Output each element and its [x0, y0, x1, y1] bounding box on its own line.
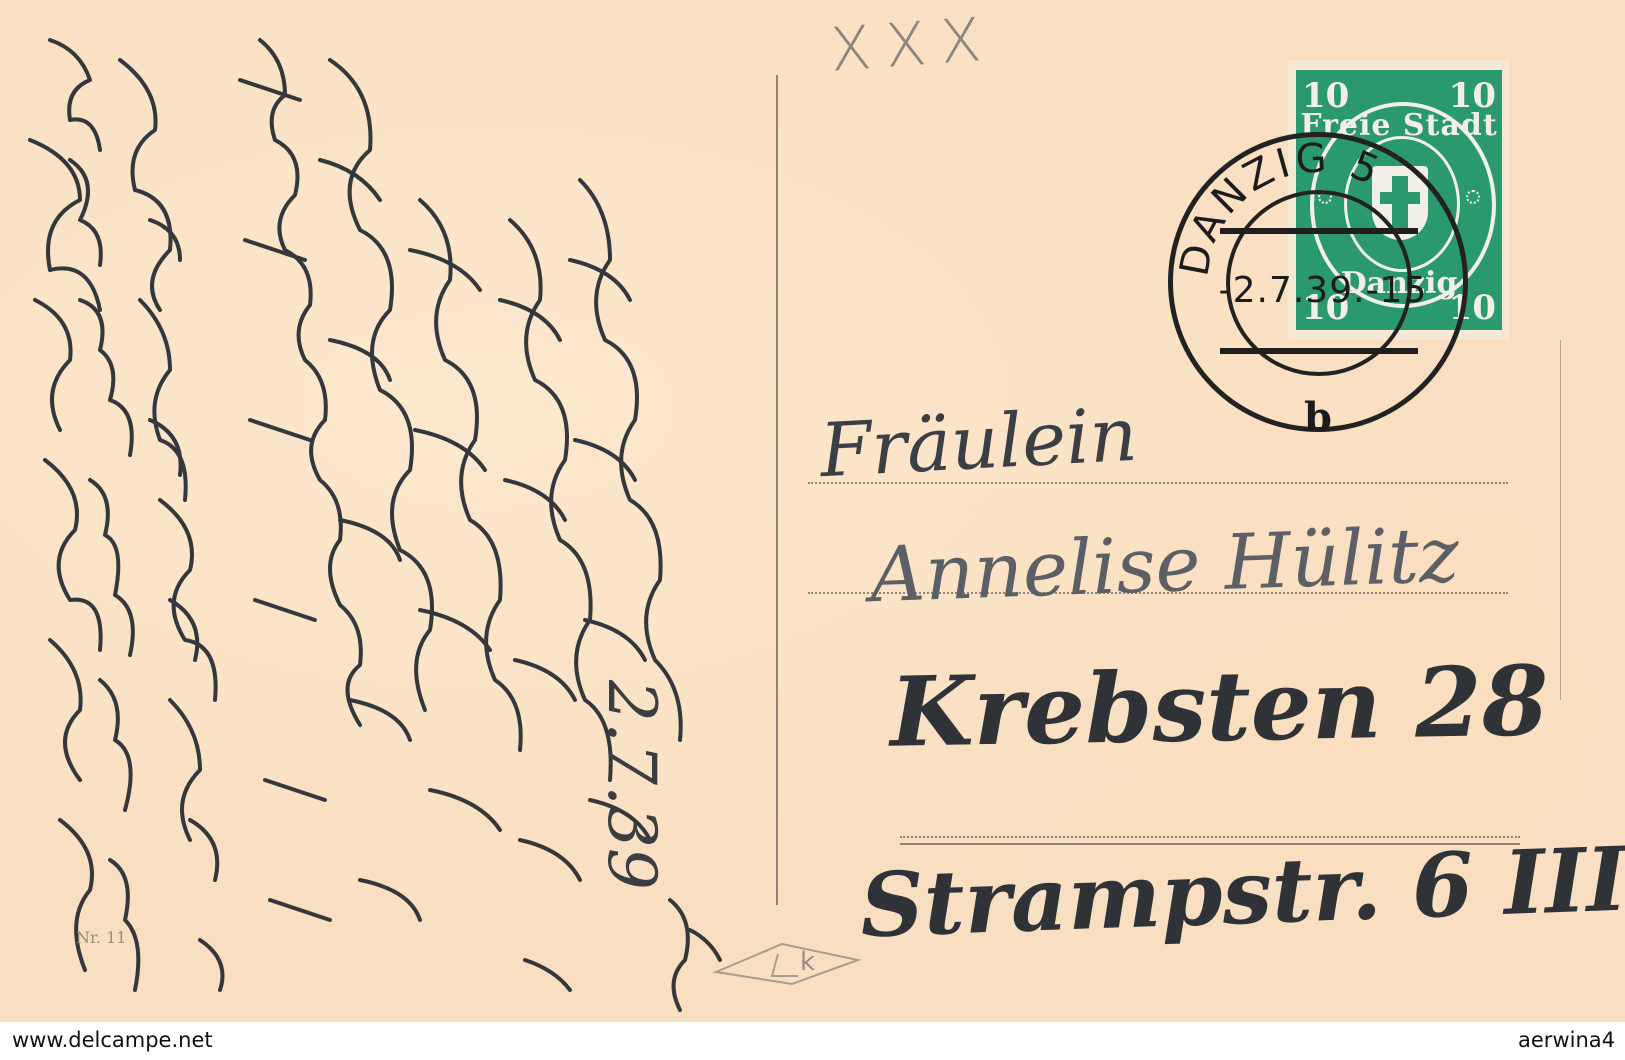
address-salutation: Fräulein — [818, 392, 1139, 494]
postmark-bar-bottom — [1220, 348, 1418, 354]
postmark-bar-top — [1220, 228, 1418, 234]
publisher-logo-icon — [712, 940, 862, 986]
address-right-border — [1560, 340, 1561, 700]
address-street: Strampstr. 6 III — [858, 827, 1625, 958]
watermark-site: www.delcampe.net — [12, 1028, 213, 1052]
postmark-date: -2.7.39.-15 — [1218, 270, 1428, 311]
address-name: Annelise Hülitz — [869, 510, 1461, 619]
message-date: 2.7.39 — [593, 680, 670, 890]
address-city: Krebsten 28 — [889, 644, 1549, 768]
watermark-strip — [0, 1022, 1625, 1060]
postmark-letter: b — [1298, 394, 1338, 441]
printed-card-number: Nr. 11 — [76, 928, 126, 947]
pencil-marks: XXX — [828, 4, 998, 85]
publisher-logo-letter: k — [800, 947, 815, 977]
postmark-cancellation: DANZIG 5 -2.7.39.-15 b — [1168, 132, 1488, 452]
postmark-city-text: DANZIG 5 — [1171, 135, 1389, 279]
svg-text:DANZIG 5: DANZIG 5 — [1171, 135, 1389, 279]
message-address-divider — [776, 75, 778, 905]
watermark-seller: aerwina4 — [1518, 1028, 1615, 1052]
postcard-back: 2.7.39 XXX 10 10 10 10 Freie Stadt Danzi… — [0, 0, 1625, 1022]
